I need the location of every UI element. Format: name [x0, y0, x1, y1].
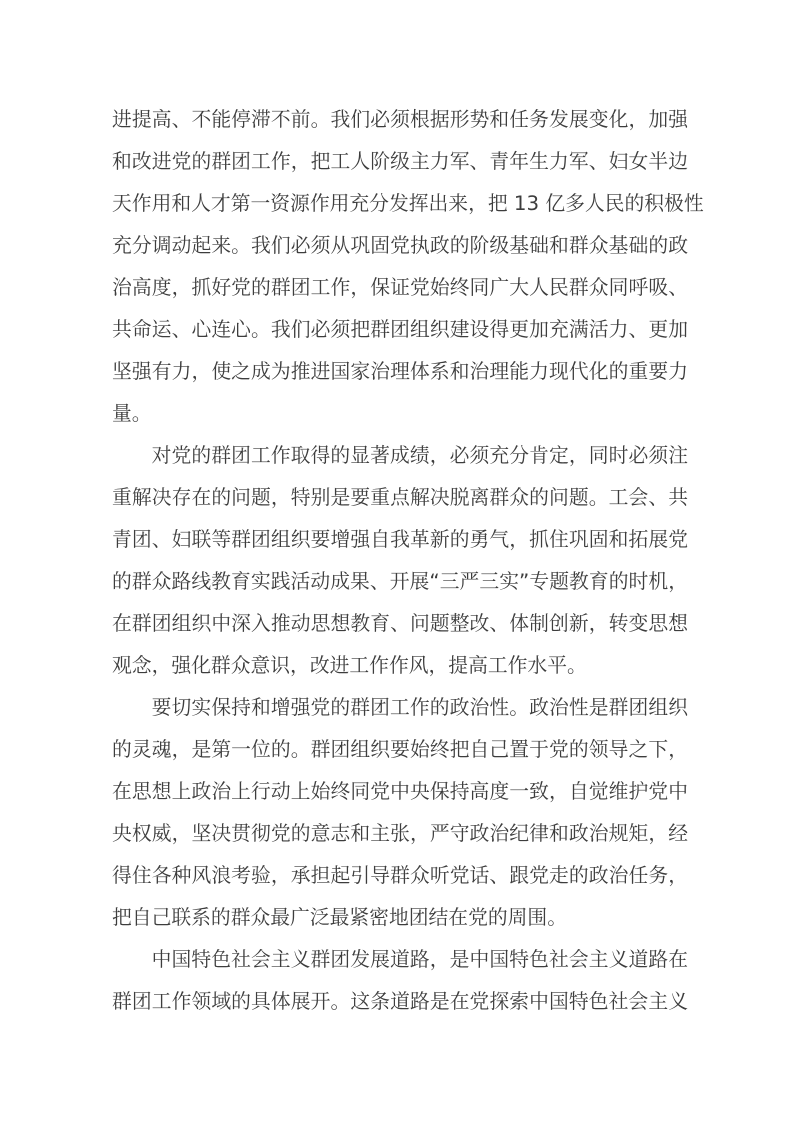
- text-line: 进提高、不能停滞不前。我们必须根据形势和任务发展变化，加强: [112, 99, 688, 141]
- text-line: 对党的群团工作取得的显著成绩，必须充分肯定，同时必须注: [112, 435, 688, 477]
- paragraph-2: 对党的群团工作取得的显著成绩，必须充分肯定，同时必须注 重解决存在的问题，特别是…: [112, 435, 688, 687]
- text-line: 央权威，坚决贯彻党的意志和主张，严守政治纪律和政治规矩，经: [112, 813, 688, 855]
- text-line: 要切实保持和增强党的群团工作的政治性。政治性是群团组织: [112, 687, 688, 729]
- text-line: 把自己联系的群众最广泛最紧密地团结在党的周围。: [112, 897, 688, 939]
- text-line: 重解决存在的问题，特别是要重点解决脱离群众的问题。工会、共: [112, 477, 688, 519]
- text-line: 观念，强化群众意识，改进工作作风，提高工作水平。: [112, 645, 688, 687]
- document-page: 进提高、不能停滞不前。我们必须根据形势和任务发展变化，加强 和改进党的群团工作，…: [0, 0, 800, 1130]
- text-line: 和改进党的群团工作，把工人阶级主力军、青年生力军、妇女半边: [112, 141, 688, 183]
- text-line: 的灵魂，是第一位的。群团组织要始终把自己置于党的领导之下，: [112, 729, 688, 771]
- text-line: 中国特色社会主义群团发展道路，是中国特色社会主义道路在: [112, 939, 688, 981]
- text-line: 在群团组织中深入推动思想教育、问题整改、体制创新，转变思想: [112, 603, 688, 645]
- paragraph-1: 进提高、不能停滞不前。我们必须根据形势和任务发展变化，加强 和改进党的群团工作，…: [112, 99, 688, 435]
- paragraph-4: 中国特色社会主义群团发展道路，是中国特色社会主义道路在 群团工作领域的具体展开。…: [112, 939, 688, 1023]
- text-line: 得住各种风浪考验，承担起引导群众听党话、跟党走的政治任务，: [112, 855, 688, 897]
- text-line: 在思想上政治上行动上始终同党中央保持高度一致，自觉维护党中: [112, 771, 688, 813]
- text-line: 量。: [112, 393, 688, 435]
- text-line: 坚强有力，使之成为推进国家治理体系和治理能力现代化的重要力: [112, 351, 688, 393]
- text-line: 的群众路线教育实践活动成果、开展“三严三实”专题教育的时机，: [112, 561, 688, 603]
- text-line: 天作用和人才第一资源作用充分发挥出来，把 13 亿多人民的积极性: [112, 183, 688, 225]
- text-line: 充分调动起来。我们必须从巩固党执政的阶级基础和群众基础的政: [112, 225, 688, 267]
- paragraph-3: 要切实保持和增强党的群团工作的政治性。政治性是群团组织 的灵魂，是第一位的。群团…: [112, 687, 688, 939]
- text-line: 共命运、心连心。我们必须把群团组织建设得更加充满活力、更加: [112, 309, 688, 351]
- text-line: 治高度，抓好党的群团工作，保证党始终同广大人民群众同呼吸、: [112, 267, 688, 309]
- text-line: 群团工作领域的具体展开。这条道路是在党探索中国特色社会主义: [112, 981, 688, 1023]
- text-line: 青团、妇联等群团组织要增强自我革新的勇气，抓住巩固和拓展党: [112, 519, 688, 561]
